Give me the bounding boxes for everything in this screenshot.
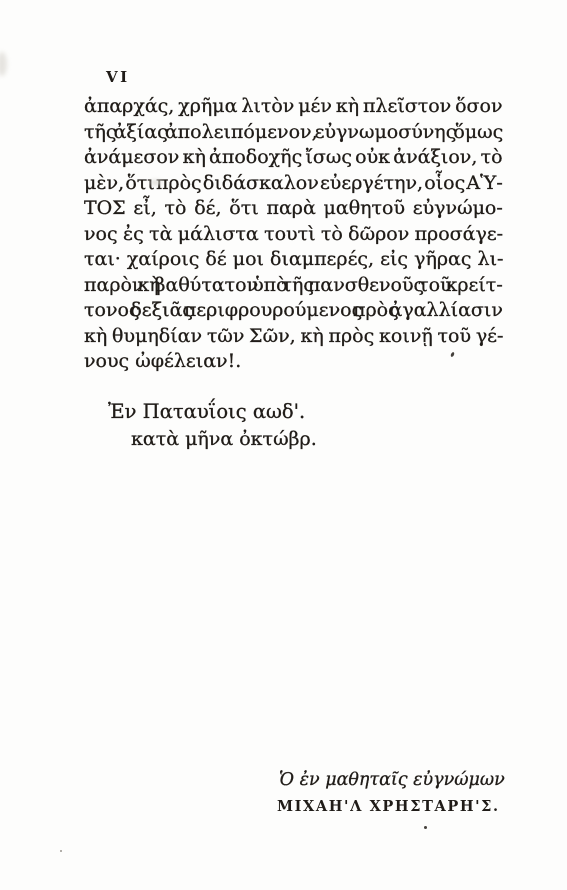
paragraph-line-text: ΤΟΣ εἶ, τὸ δέ, ὅτι παρὰ μαθητοῦ εὐγνώμο- (84, 197, 503, 219)
scan-speck (60, 850, 62, 852)
signature-dedication: Ὁ ἐν μαθηταῖς εὐγνώμων (279, 770, 505, 790)
scanned-book-page: VI ἀπαρχάς, χρῆμα λιτὸν μέν κὴ πλεῖστον … (0, 0, 567, 890)
paragraph-line: κὴ θυμηδίαν τῶν Σῶν, κὴ πρὸς κοινῇ τοῦ γ… (84, 325, 503, 351)
paragraph-line: ἀπαρχάς, χρῆμα λιτὸν μέν κὴ πλεῖστον ὅσο… (84, 95, 503, 121)
scan-speck (424, 826, 427, 829)
paragraph-line-text: μὲν, ὅτι πρὸς διδάσκαλον εὐεργέτην, οἷος… (84, 172, 503, 194)
scan-smudge (0, 52, 7, 76)
signature-name: ΜΙΧΑΗ'Λ ΧΡΗΣΤΑΡΗ'Σ. (277, 798, 500, 815)
paragraph-line-text: νους ὠφέλειαν!. (84, 350, 241, 372)
paragraph-line: μὲν, ὅτι πρὸς διδάσκαλον εὐεργέτην, οἷος… (84, 172, 503, 198)
paragraph-line-text: ται· χαίροις δέ μοι διαμπερές, εἰς γῆρας… (84, 248, 503, 270)
paragraph-line: νος ἐς τὰ μάλιστα τουτὶ τὸ δῶρον προσάγε… (84, 223, 503, 249)
paragraph-line-text: τῆς ἀξίας ἀπολειπόμενον, εὐγνωμοσύνης ὅμ… (84, 121, 503, 143)
paragraph-line: παρὸν κὴ βαθύτατον ὑπὸ τῆς πανσθενοῦς το… (84, 274, 503, 300)
paragraph-line-text: ἀνάμεσον κὴ ἀποδοχῆς ἴσως οὐκ ἀνάξιον, τ… (84, 146, 503, 168)
paragraph-line: τονος δεξιᾶς περιφρουρούμενος πρὸς ἀγαλλ… (84, 299, 503, 325)
paragraph-line: ται· χαίροις δέ μοι διαμπερές, εἰς γῆρας… (84, 248, 503, 274)
paragraph-line-text: ἀπαρχάς, χρῆμα λιτὸν μέν κὴ πλεῖστον ὅσο… (84, 95, 503, 117)
paragraph-line-text: τονος δεξιᾶς περιφρουρούμενος πρὸς ἀγαλλ… (84, 299, 503, 321)
paragraph-line-text: παρὸν κὴ βαθύτατον ὑπὸ τῆς πανσθενοῦς το… (84, 274, 503, 296)
colophon-place-date: Ἐν Παταυΐοις αωδ'. (108, 400, 305, 423)
paragraph-line: ΤΟΣ εἶ, τὸ δέ, ὅτι παρὰ μαθητοῦ εὐγνώμο- (84, 197, 503, 223)
colophon-month: κατὰ μῆνα ὀκτώβρ. (131, 428, 317, 450)
paragraph-line-text: νος ἐς τὰ μάλιστα τουτὶ τὸ δῶρον προσάγε… (84, 223, 503, 245)
scan-smudge (150, 180, 162, 185)
paragraph-line: τῆς ἀξίας ἀπολειπόμενον, εὐγνωμοσύνης ὅμ… (84, 121, 503, 147)
paragraph-line-last: νους ὠφέλειαν!. (84, 350, 503, 376)
main-paragraph: ἀπαρχάς, χρῆμα λιτὸν μέν κὴ πλεῖστον ὅσο… (84, 95, 503, 376)
paragraph-line-text: κὴ θυμηδίαν τῶν Σῶν, κὴ πρὸς κοινῇ τοῦ γ… (84, 325, 503, 347)
paragraph-line: ἀνάμεσον κὴ ἀποδοχῆς ἴσως οὐκ ἀνάξιον, τ… (84, 146, 503, 172)
page-number: VI (106, 68, 130, 86)
